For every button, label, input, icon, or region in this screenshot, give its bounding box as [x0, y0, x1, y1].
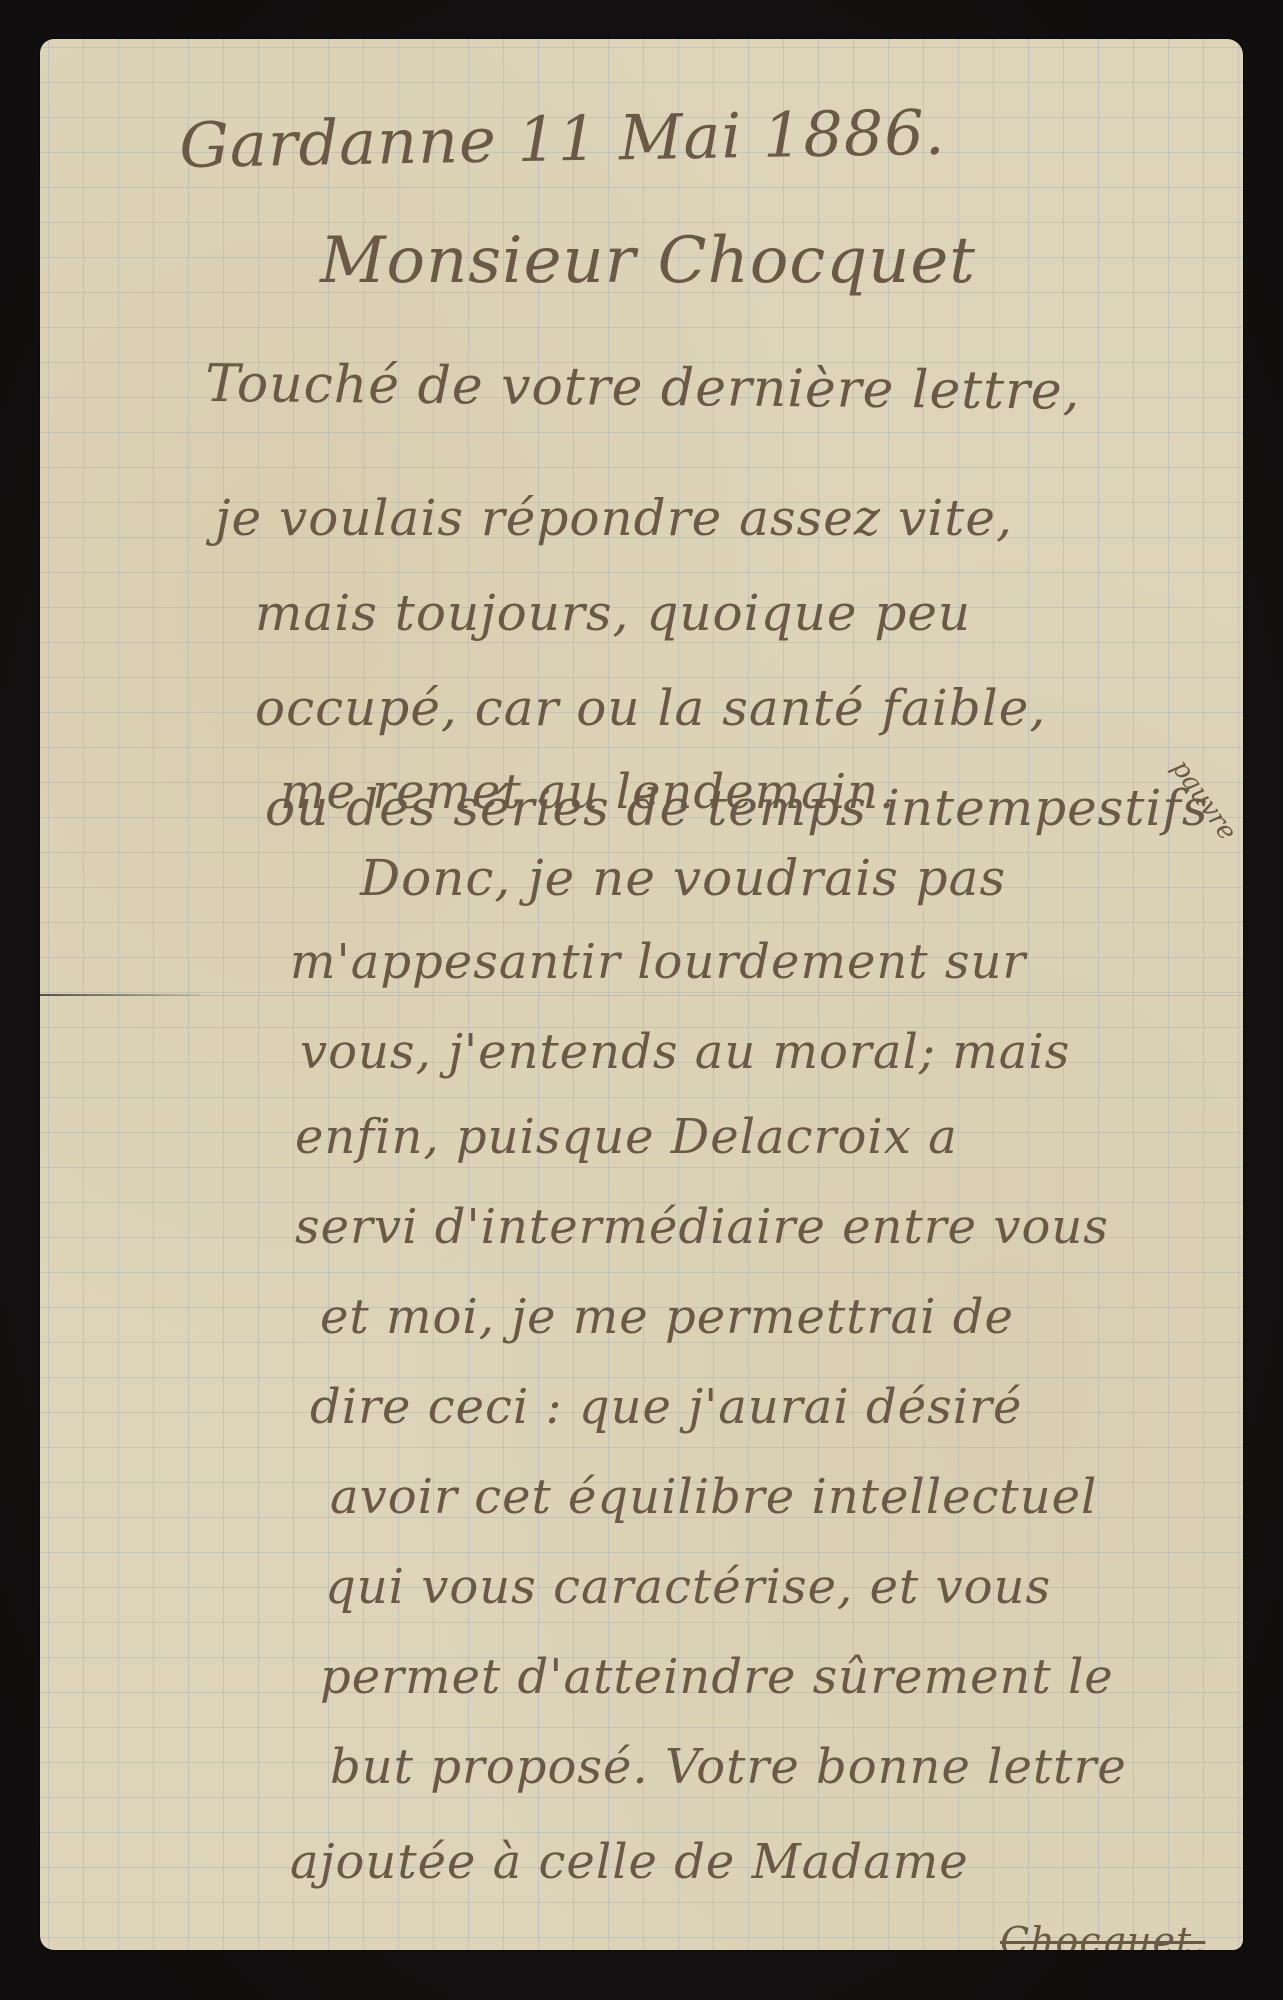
struck-signature: Chocquet, — [1000, 1919, 1205, 1950]
salutation: Monsieur Chocquet — [320, 224, 976, 298]
fold-tear — [40, 994, 200, 996]
body-line: dire ceci : que j'aurai désiré — [310, 1379, 1022, 1435]
document-backdrop: Gardanne 11 Mai 1886. Monsieur Chocquet … — [0, 0, 1283, 2000]
body-line: Donc, je ne voudrais pas — [360, 849, 1006, 907]
body-line: permet d'atteindre sûrement le — [320, 1649, 1114, 1705]
body-line: enfin, puisque Delacroix a — [295, 1109, 958, 1165]
body-line: occupé, car ou la santé faible, — [255, 679, 1046, 737]
body-line: qui vous caractérise, et vous — [325, 1559, 1051, 1615]
body-line: servi d'intermédiaire entre vous — [295, 1199, 1109, 1255]
body-line: ajoutée à celle de Madame — [290, 1834, 969, 1890]
body-line: Touché de votre dernière lettre, — [205, 354, 1081, 422]
letter-page: Gardanne 11 Mai 1886. Monsieur Chocquet … — [40, 39, 1243, 1950]
body-line: me remet au lendemain. — [280, 764, 895, 820]
body-line: je voulais répondre assez vite, — [215, 489, 1013, 547]
body-line: vous, j'entends au moral; mais — [300, 1024, 1070, 1080]
fold-crease — [40, 995, 1243, 996]
place-date: Gardanne 11 Mai 1886. — [179, 96, 946, 182]
body-line: et moi, je me permettrai de — [320, 1289, 1014, 1345]
body-line: mais toujours, quoique peu — [255, 584, 971, 642]
body-line: m'appesantir lourdement sur — [290, 934, 1026, 990]
body-line: but proposé. Votre bonne lettre — [330, 1739, 1127, 1795]
body-line: avoir cet équilibre intellectuel — [330, 1469, 1097, 1525]
